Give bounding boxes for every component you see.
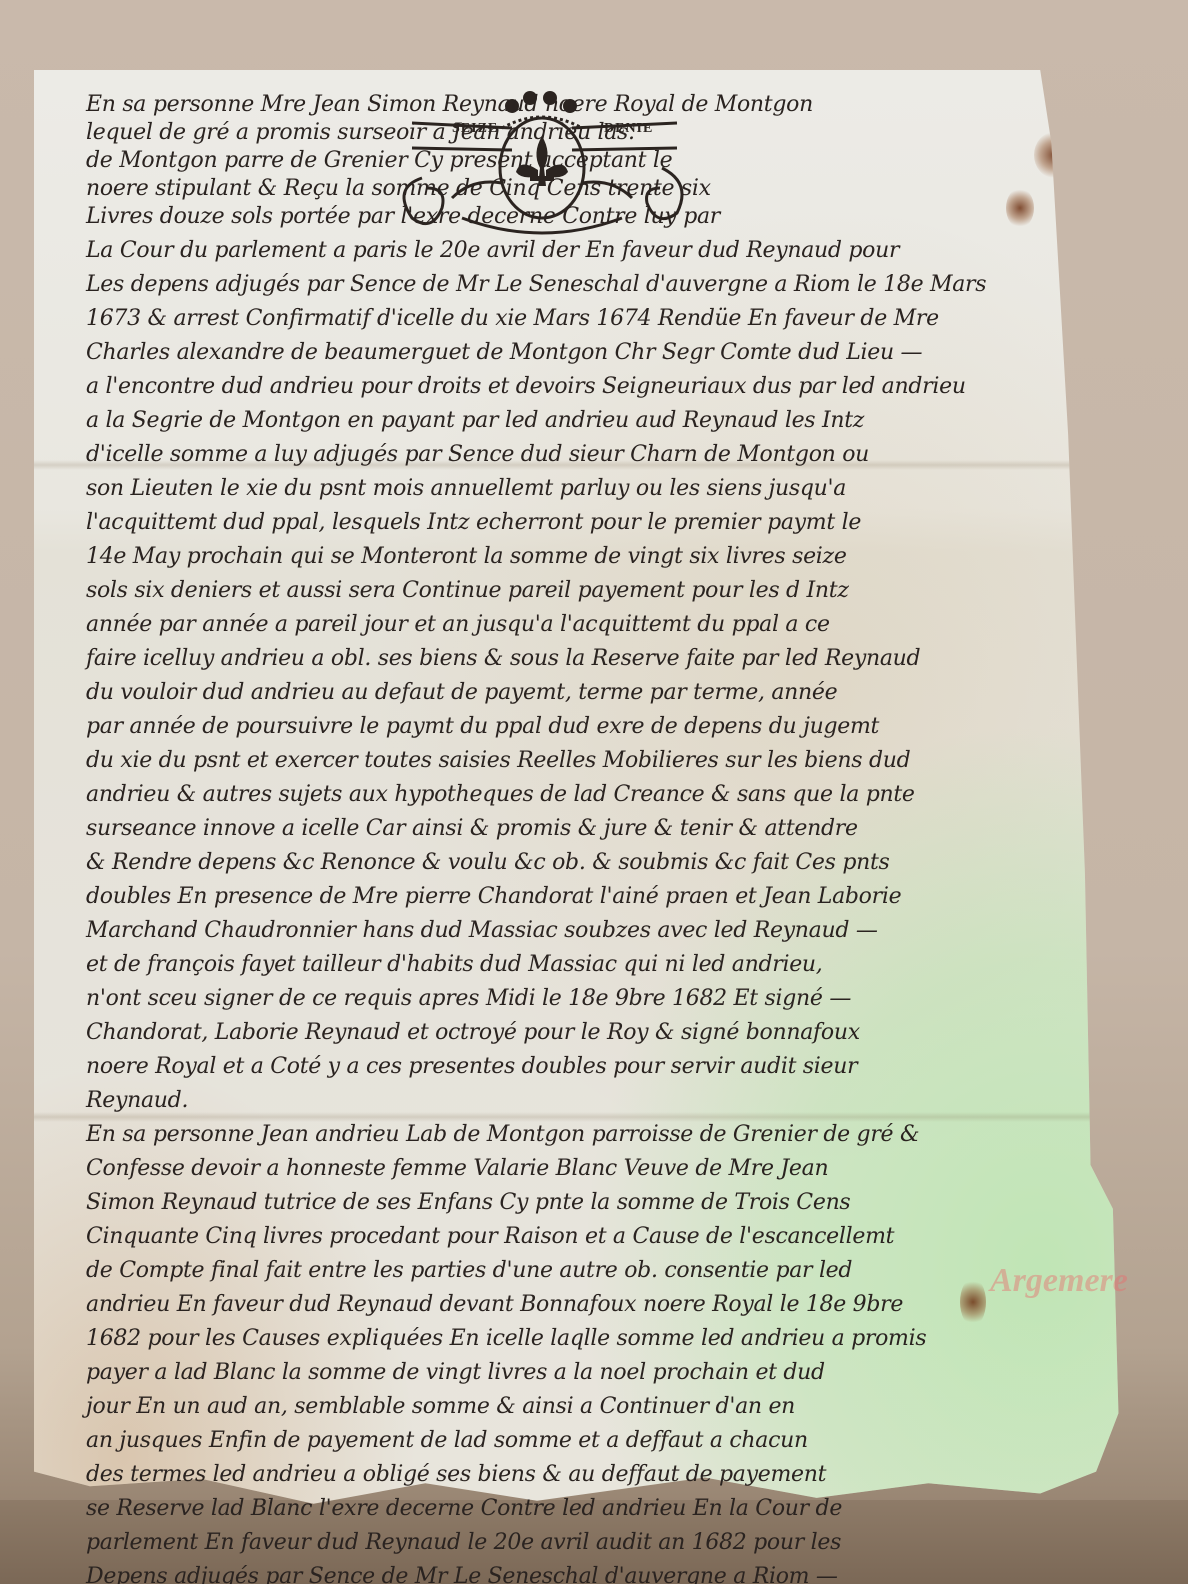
text-line: du vouloir dud andrieu au defaut de paye… (86, 680, 837, 705)
text-line: noere Royal et a Coté y a ces presentes … (86, 1054, 857, 1079)
text-line: l'acquittemt dud ppal, lesquels Intz ech… (86, 510, 861, 535)
text-line: faire icelluy andrieu a obl. ses biens &… (86, 646, 920, 671)
text-line: 1673 & arrest Confirmatif d'icelle du xi… (86, 306, 939, 331)
text-line: surseance innove a icelle Car ainsi & pr… (86, 816, 858, 841)
text-line: de Montgon parre de Grenier Cy present a… (86, 148, 672, 173)
text-line: Reynaud. (86, 1088, 188, 1113)
text-line: En sa personne Jean andrieu Lab de Montg… (86, 1122, 919, 1147)
text-line: andrieu En faveur dud Reynaud devant Bon… (86, 1292, 903, 1317)
text-line: Chandorat, Laborie Reynaud et octroyé po… (86, 1020, 860, 1045)
text-line: de Compte final fait entre les parties d… (86, 1258, 852, 1283)
text-line: du xie du psnt et exercer toutes saisies… (86, 748, 910, 773)
text-line: se Reserve lad Blanc l'exre decerne Cont… (86, 1496, 842, 1521)
ink-stain (1006, 188, 1034, 228)
text-line: n'ont sceu signer de ce requis apres Mid… (86, 986, 851, 1011)
text-line: Charles alexandre de beaumerguet de Mont… (86, 340, 922, 365)
text-line: 14e May prochain qui se Monteront la som… (86, 544, 847, 569)
fold-crease (34, 1112, 1152, 1122)
text-line: par année de poursuivre le paymt du ppal… (86, 714, 879, 739)
text-line: parlement En faveur dud Reynaud le 20e a… (86, 1530, 841, 1555)
text-line: 1682 pour les Causes expliquées En icell… (86, 1326, 926, 1351)
text-line: des termes led andrieu a obligé ses bien… (86, 1462, 826, 1487)
text-line: Les depens adjugés par Sence de Mr Le Se… (86, 272, 986, 297)
text-line: En sa personne Mre Jean Simon Reynaud no… (86, 92, 813, 117)
text-line: payer a lad Blanc la somme de vingt livr… (86, 1360, 825, 1385)
text-line: jour En un aud an, semblable somme & ain… (86, 1394, 795, 1419)
watermark: Argemere (990, 1262, 1128, 1300)
text-line: Marchand Chaudronnier hans dud Massiac s… (86, 918, 878, 943)
text-line: son Lieuten le xie du psnt mois annuelle… (86, 476, 846, 501)
text-line: année par année a pareil jour et an jusq… (86, 612, 830, 637)
text-line: & Rendre depens &c Renonce & voulu &c ob… (86, 850, 890, 875)
text-line: Confesse devoir a honneste femme Valarie… (86, 1156, 828, 1181)
ink-stain (1034, 132, 1074, 178)
text-line: doubles En presence de Mre pierre Chando… (86, 884, 901, 909)
text-line: Cinquante Cinq livres procedant pour Rai… (86, 1224, 894, 1249)
text-line: a la Segrie de Montgon en payant par led… (86, 408, 864, 433)
text-line: La Cour du parlement a paris le 20e avri… (86, 238, 899, 263)
text-line: et de françois fayet tailleur d'habits d… (86, 952, 822, 977)
ink-stain (960, 1278, 986, 1326)
text-line: sols six deniers et aussi sera Continue … (86, 578, 849, 603)
text-line: Livres douze sols portée par l'exre dece… (86, 204, 720, 229)
text-line: d'icelle somme a luy adjugés par Sence d… (86, 442, 869, 467)
text-line: a l'encontre dud andrieu pour droits et … (86, 374, 966, 399)
text-line: noere stipulant & Reçu la somme de Cinq … (86, 176, 711, 201)
text-line: Depens adjugés par Sence de Mr Le Senesc… (86, 1564, 838, 1584)
text-line: lequel de gré a promis surseoir a Jean a… (86, 120, 635, 145)
text-line: andrieu & autres sujets aux hypotheques … (86, 782, 915, 807)
text-line: an jusques Enfin de payement de lad somm… (86, 1428, 808, 1453)
text-line: Simon Reynaud tutrice de ses Enfans Cy p… (86, 1190, 850, 1215)
